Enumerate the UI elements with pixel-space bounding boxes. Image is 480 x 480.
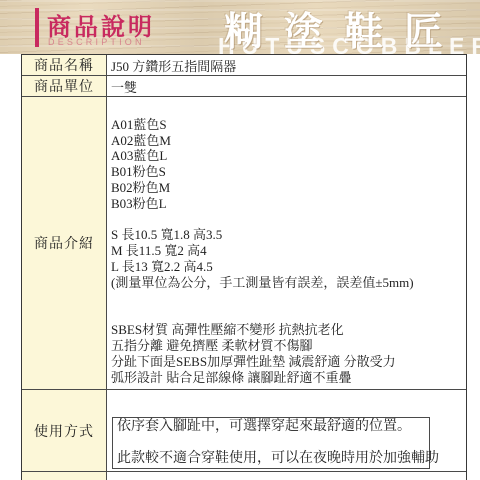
text-line: A02藍色M bbox=[111, 133, 462, 149]
text-line: (測量單位為公分，手工測量皆有誤差，誤差值±5mm) bbox=[111, 275, 462, 291]
page-header: 商品說明 DESCRIPTION HUTUSCOBBLER 糊塗鞋匠 bbox=[0, 0, 480, 54]
text-line bbox=[111, 306, 462, 322]
row-value-product-unit: 一雙 bbox=[107, 76, 466, 96]
text-line bbox=[117, 435, 425, 451]
table-row-usage: 使用方式 依序套入腳趾中，可選擇穿起來最舒適的位置。此款較不適合穿鞋使用，可以在… bbox=[22, 390, 466, 472]
section-subtitle: DESCRIPTION bbox=[48, 37, 145, 47]
accent-bar bbox=[35, 8, 39, 47]
text-line: 此款較不適合穿鞋使用，可以在夜晚時用於加強輔助 bbox=[117, 451, 425, 467]
table-row-product-name: 商品名稱 J50 方鑽形五指間隔器 bbox=[22, 55, 466, 76]
row-label-usage: 使用方式 bbox=[22, 390, 107, 471]
text-line: SBES材質 高彈性壓縮不變形 抗熱抗老化 bbox=[111, 322, 462, 338]
row-value-usage: 依序套入腳趾中，可選擇穿起來最舒適的位置。此款較不適合穿鞋使用，可以在夜晚時用於… bbox=[107, 390, 466, 471]
text-line bbox=[111, 291, 462, 307]
text-line: 依序套入腳趾中，可選擇穿起來最舒適的位置。 bbox=[117, 419, 425, 435]
text-line: B02粉色M bbox=[111, 180, 462, 196]
table-row-product-intro: 商品介紹 A01藍色SA02藍色MA03藍色LB01粉色SB02粉色MB03粉色… bbox=[22, 97, 466, 390]
text-line bbox=[111, 101, 462, 117]
product-spec-table: 商品名稱 J50 方鑽形五指間隔器 商品單位 一雙 商品介紹 A01藍色SA02… bbox=[21, 54, 467, 480]
row-label-product-name: 商品名稱 bbox=[22, 55, 107, 75]
text-line: 分趾下面是SEBS加厚彈性趾墊 減震舒適 分散受力 bbox=[111, 354, 462, 370]
text-line: 弧形設計 貼合足部線條 讓腳趾舒適不重疊 bbox=[111, 370, 462, 386]
row-value-product-name: J50 方鑽形五指間隔器 bbox=[107, 55, 466, 75]
text-line bbox=[111, 212, 462, 228]
row-label-product-unit: 商品單位 bbox=[22, 76, 107, 96]
text-line: B01粉色S bbox=[111, 164, 462, 180]
text-line: M 長11.5 寬2 高4 bbox=[111, 243, 462, 259]
product-description-page: 商品說明 DESCRIPTION HUTUSCOBBLER 糊塗鞋匠 商品名稱 … bbox=[0, 0, 480, 480]
usage-instructions-box: 依序套入腳趾中，可選擇穿起來最舒適的位置。此款較不適合穿鞋使用，可以在夜晚時用於… bbox=[112, 417, 430, 469]
text-line: S 長10.5 寬1.8 高3.5 bbox=[111, 227, 462, 243]
text-line: 五指分離 避免擠壓 柔軟材質不傷腳 bbox=[111, 338, 462, 354]
text-line: L 長13 寬2.2 高4.5 bbox=[111, 259, 462, 275]
text-line: B03粉色L bbox=[111, 196, 462, 212]
brand-name: 糊塗鞋匠 bbox=[224, 1, 464, 54]
table-row-product-unit: 商品單位 一雙 bbox=[22, 76, 466, 97]
row-value-product-intro: A01藍色SA02藍色MA03藍色LB01粉色SB02粉色MB03粉色LS 長1… bbox=[107, 97, 466, 389]
text-line: A01藍色S bbox=[111, 117, 462, 133]
next-row-sliver bbox=[22, 472, 466, 480]
row-label-product-intro: 商品介紹 bbox=[22, 97, 107, 389]
text-line: A03藍色L bbox=[111, 148, 462, 164]
